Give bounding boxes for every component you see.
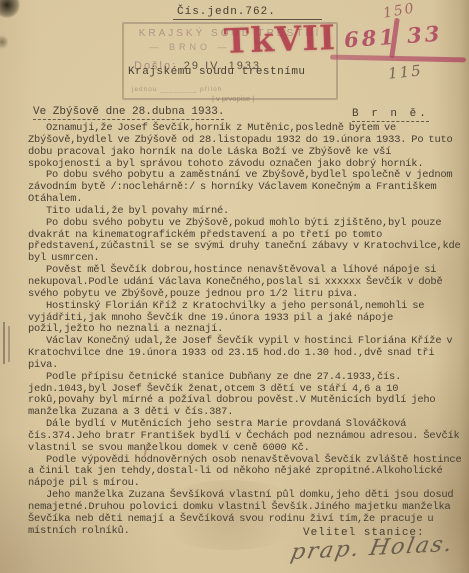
paragraph: Václav Konečný udal,že Josef Ševčík vypi… <box>28 336 464 372</box>
stamp-smallprint-original: | v prvopise | <box>212 94 254 103</box>
pencil-margin-mark <box>8 326 10 362</box>
paragraph: Podle přípisu četnické stanice Dubňany z… <box>28 372 464 419</box>
paragraph: Oznamuji,že Josef Ševčík,horník z Mutěni… <box>28 123 464 170</box>
paragraph: Dále bydlí v Mutěnicích jeho sestra Mari… <box>28 419 464 455</box>
handwritten-pencil-number: 115 <box>387 61 423 83</box>
stamp-smallprint-copies: jednou ________ příloh <box>132 86 222 93</box>
dateline-place-date: Ve Zbýšově dne 28.dubna 1933. <box>33 106 224 120</box>
addressee-line: Krajskému soudu trestnímu <box>128 66 306 78</box>
paper-stain <box>0 34 8 50</box>
red-crayon-underline <box>330 55 466 63</box>
body-paragraphs: Oznamuji,že Josef Ševčík,horník z Mutěni… <box>28 123 464 538</box>
paragraph: Po dobu svého pobytu a zaměstnání ve Zbý… <box>28 170 464 206</box>
paragraph: Pověst měl Ševčík dobrou,hostince nenavš… <box>28 265 464 301</box>
reference-number: Čís.jedn.762. <box>173 6 322 20</box>
dateline-destination: B r n ě. <box>352 108 429 122</box>
scanned-document-page: Čís.jedn.762. KRAJSKÝ SOUD TRESTNÍ — BRN… <box>0 0 469 573</box>
paragraph: Tito udali,že byl povahy mírné. <box>28 206 464 218</box>
pencil-margin-mark <box>3 322 5 364</box>
paragraph: Podle výpovědi hodnověrných osob nenavšt… <box>28 455 464 491</box>
paper-stain <box>0 0 20 18</box>
paragraph: Po dobu svého pobytu ve Zbýšově,pokud mo… <box>28 218 464 265</box>
paragraph: Hostinský Florián Kříž z Kratochvilky a … <box>28 301 464 337</box>
red-court-file-stamp: TkVII <box>223 18 336 62</box>
